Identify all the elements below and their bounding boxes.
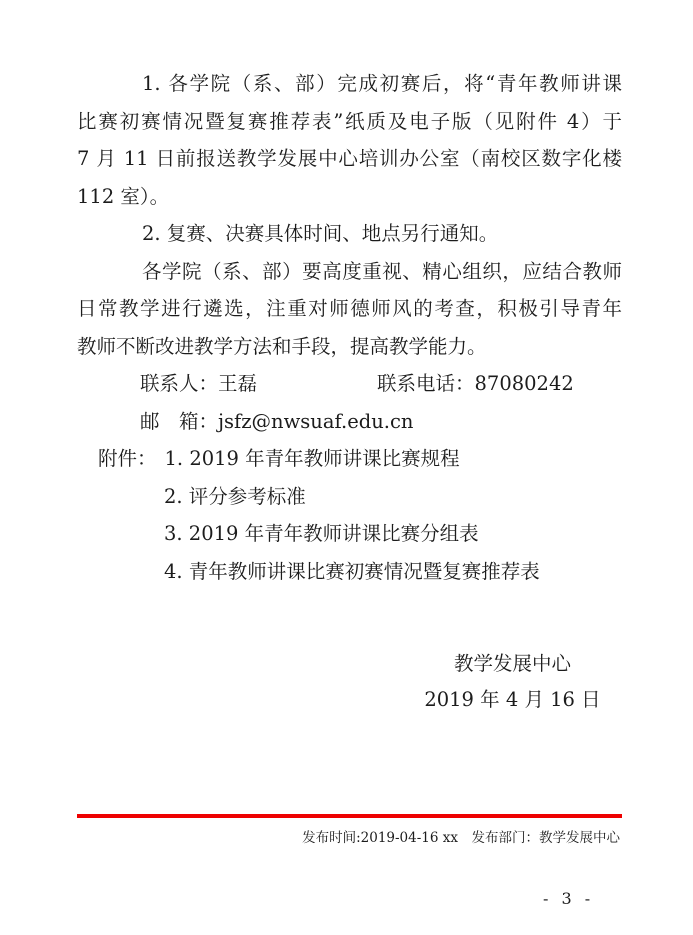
attachments-list: 2. 评分参考标准3. 2019 年青年教师讲课比赛分组表4. 青年教师讲课比赛… (77, 478, 622, 591)
attachment-item: 2. 评分参考标准 (77, 478, 622, 516)
document-content: 1. 各学院（系、部）完成初赛后，将“青年教师讲课比赛初赛情况暨复赛推荐表”纸质… (77, 65, 622, 590)
contact-email: 邮 箱：jsfz@nwsuaf.edu.cn (77, 403, 622, 441)
body-line: 7 月 11 日前报送教学发展中心培训办公室（南校区数字化楼 (77, 140, 622, 178)
body-line: 2. 复赛、决赛具体时间、地点另行通知。 (77, 215, 622, 253)
attachment-item: 4. 青年教师讲课比赛初赛情况暨复赛推荐表 (77, 553, 622, 591)
footer-red-rule (77, 814, 622, 818)
page-number: - 3 - (543, 889, 594, 908)
attachment-item: 3. 2019 年青年教师讲课比赛分组表 (77, 515, 622, 553)
body-line: 1. 各学院（系、部）完成初赛后，将“青年教师讲课 (77, 65, 622, 103)
body-line: 112 室）。 (77, 178, 622, 216)
attachments-label: 附件： (98, 447, 157, 470)
attachment-item: 1. 2019 年青年教师讲课比赛规程 (165, 447, 460, 470)
contact-person: 联系人：王磊 (140, 372, 257, 395)
body-line: 日常教学进行遴选，注重对师德师风的考查，积极引导青年 (77, 290, 622, 328)
body-line: 各学院（系、部）要高度重视、精心组织，应结合教师 (77, 253, 622, 291)
attachments-first-line: 附件：1. 2019 年青年教师讲课比赛规程 (77, 440, 622, 478)
body-paragraphs: 1. 各学院（系、部）完成初赛后，将“青年教师讲课比赛初赛情况暨复赛推荐表”纸质… (77, 65, 622, 365)
document-page: 1. 各学院（系、部）完成初赛后，将“青年教师讲课比赛初赛情况暨复赛推荐表”纸质… (0, 0, 693, 935)
signature-date: 2019 年 4 月 16 日 (375, 682, 650, 718)
signature-block: 教学发展中心 2019 年 4 月 16 日 (375, 646, 650, 718)
footer-meta: 发布时间:2019-04-16 xx 发布部门：教学发展中心 (302, 829, 620, 847)
contact-phone: 联系电话：87080242 (377, 372, 574, 395)
body-line: 比赛初赛情况暨复赛推荐表”纸质及电子版（见附件 4）于 (77, 103, 622, 141)
contact-line: 联系人：王磊联系电话：87080242 (77, 365, 622, 403)
signature-organization: 教学发展中心 (375, 646, 650, 682)
body-line: 教师不断改进教学方法和手段，提高教学能力。 (77, 328, 622, 366)
